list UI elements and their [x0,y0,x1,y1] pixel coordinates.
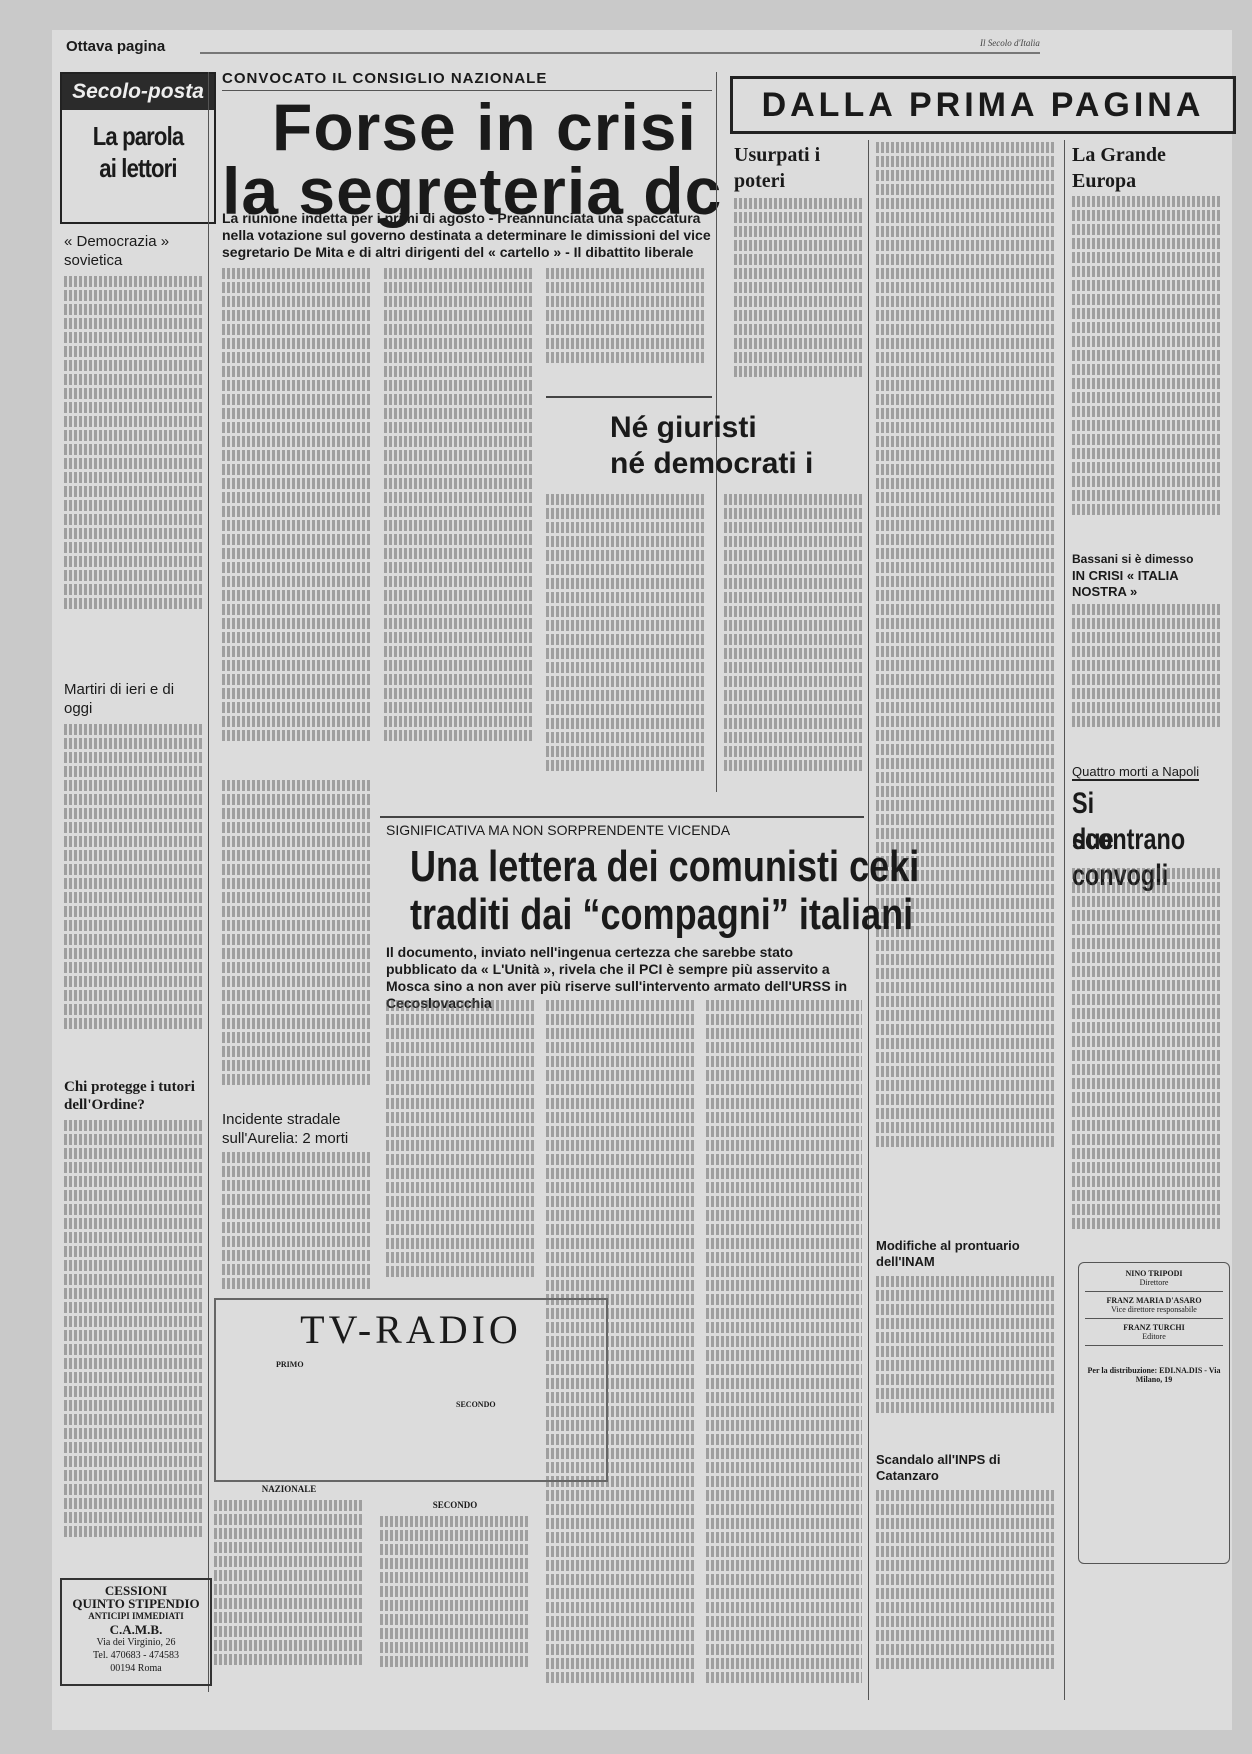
lead-kicker: CONVOCATO IL CONSIGLIO NAZIONALE [222,70,547,87]
secolo-posta-banner: Secolo-posta [62,74,214,110]
ne-giuristi-headline: Né giuristi [610,410,757,446]
letter-title: Martiri di ieri e di oggi [64,680,204,718]
radio-channel: SECONDO [380,1500,530,1510]
secolo-posta-box: Secolo-posta La parola ai lettori [60,72,216,224]
inam-headline: Modifiche al prontuario dell'INAM [876,1238,1056,1270]
dalla-prima-banner: DALLA PRIMA PAGINA [730,76,1236,134]
bassani-body [1072,604,1222,734]
lettera-kicker: SIGNIFICATIVA MA NON SORPRENDENTE VICEND… [386,822,730,838]
lead-body [222,268,372,768]
column-rule [1064,140,1065,1700]
radio-listing [214,1500,364,1680]
masthead-date: Il Secolo d'Italia [980,38,1040,48]
column-rule [208,72,209,1692]
bassani-headline: IN CRISI « ITALIA NOSTRA » [1072,568,1222,600]
secolo-posta-title: La parola ai lettori [73,110,202,194]
story-body [876,142,1056,1182]
bassani-kicker: Bassani si è dimesso [1072,552,1193,566]
inps-body [876,1490,1056,1690]
tv-radio-title: TV-RADIO [216,1306,606,1353]
lettera-body [386,1000,536,1290]
tv-radio-box: TV-RADIO PRIMO SECONDO [214,1298,608,1482]
section-label: Ottava pagina [66,38,165,55]
rule [546,396,712,398]
ne-giuristi-body [724,494,864,784]
colophon-box: NINO TRIPODI Direttore FRANZ MARIA D'ASA… [1078,1262,1230,1564]
lead-body [546,268,706,378]
story-title: La Grande Europa [1072,142,1222,194]
letter-body [64,1120,204,1560]
letter-body [64,724,204,1054]
incidente-body [222,1152,372,1292]
incidente-headline: Incidente stradale sull'Aurelia: 2 morti [222,1110,372,1148]
letter-title: « Democrazia » sovietica [64,232,204,270]
cessioni-ad: CESSIONI QUINTO STIPENDIO ANTICIPI IMMED… [60,1578,212,1686]
lettera-headline: Una lettera dei comunisti ceki [410,842,919,892]
ne-giuristi-headline: né democrati i [610,446,813,482]
lead-deck: La riunione indetta per i primi di agost… [222,210,712,261]
lead-headline: Forse in crisi [272,94,697,160]
radio-channel: NAZIONALE [214,1484,364,1494]
lettera-headline: traditi dai “compagni” italiani [410,890,913,940]
radio-listing [380,1516,530,1686]
letter-title: Chi protegge i tutori dell'Ordine? [64,1078,204,1114]
letter-body [64,276,204,636]
lead-body-cont [222,780,372,1100]
story-body [734,198,864,386]
inps-headline: Scandalo all'INPS di Catanzaro [876,1452,1056,1484]
lettera-body [706,1000,862,1700]
inam-body [876,1276,1056,1426]
napoli-body [1072,868,1222,1248]
masthead-rule [200,52,1040,54]
rule [380,816,864,818]
story-body [1072,196,1222,536]
lead-body [384,268,534,768]
napoli-kicker: Quattro morti a Napoli [1072,764,1199,781]
ne-giuristi-body [546,494,706,784]
story-title: Usurpati i poteri [734,142,864,194]
